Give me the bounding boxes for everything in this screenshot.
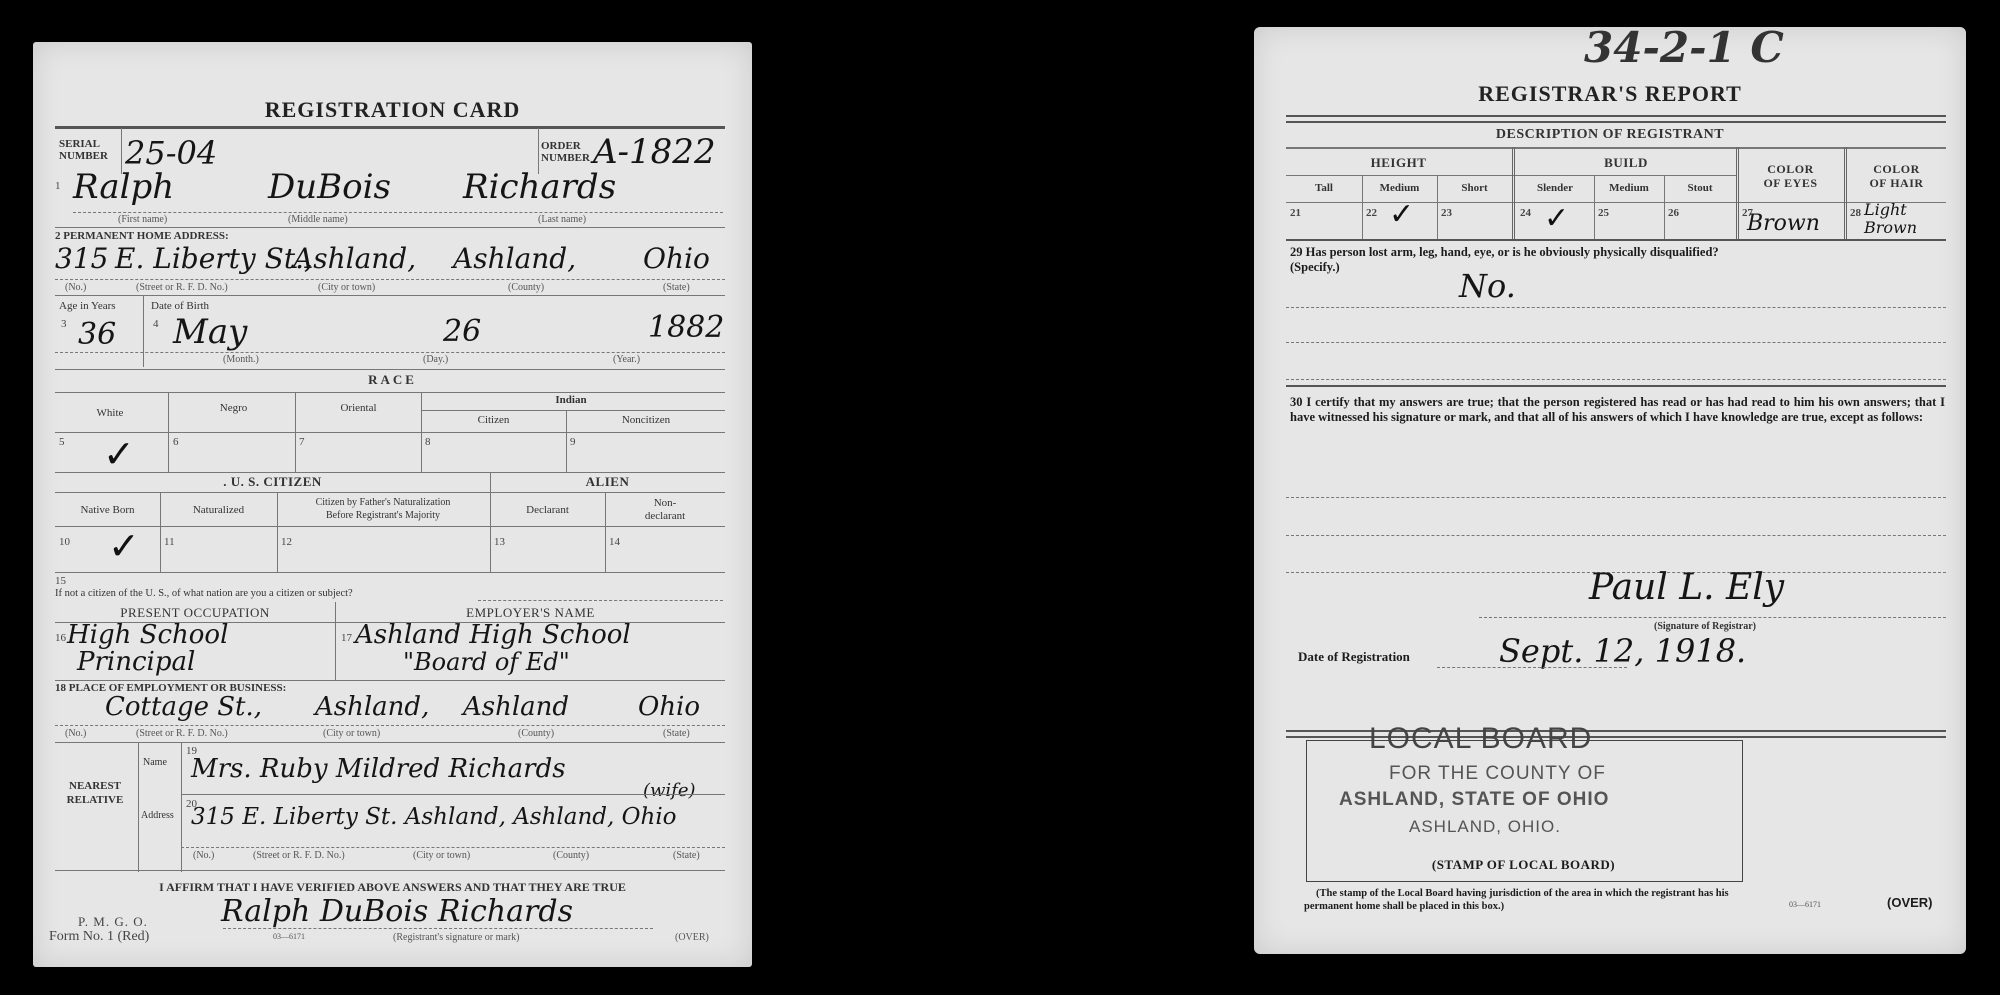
dob-year: 1882 xyxy=(648,310,724,345)
dotted-line xyxy=(1286,342,1946,343)
divider xyxy=(55,492,725,493)
caption: (No.) xyxy=(65,282,86,293)
caption: (County) xyxy=(553,850,589,861)
question-29-specify: (Specify.) xyxy=(1290,260,1340,275)
us-citizen-title: . U. S. CITIZEN xyxy=(55,474,490,490)
divider xyxy=(1286,202,1946,203)
divider xyxy=(55,526,725,527)
naturalized-label: Naturalized xyxy=(161,504,276,516)
caption: (City or town) xyxy=(318,282,375,293)
stamp-caption: (STAMP OF LOCAL BOARD) xyxy=(1306,857,1741,873)
nondeclarant-label: Non- xyxy=(605,497,725,509)
height-short-label: Short xyxy=(1437,182,1512,194)
divider xyxy=(1512,147,1515,239)
field-number: 23 xyxy=(1441,207,1452,219)
native-born-checkmark: ✓ xyxy=(108,524,140,568)
hair-title-2: OF HAIR xyxy=(1844,176,1949,191)
last-name: Richards xyxy=(463,167,616,207)
relative-address-label: Address xyxy=(141,810,174,821)
divider xyxy=(138,742,139,872)
field-number: 5 xyxy=(59,436,65,448)
field-number: 28 xyxy=(1850,207,1861,219)
height-tall-label: Tall xyxy=(1286,182,1362,194)
race-white-label: White xyxy=(55,407,165,419)
field-number: 11 xyxy=(164,536,175,548)
field-number: 4 xyxy=(153,318,159,330)
fathers-naturalization-label: Citizen by Father's Naturalization xyxy=(278,497,488,508)
dotted-line xyxy=(1286,497,1946,498)
home-address-label: 2 PERMANENT HOME ADDRESS: xyxy=(55,230,229,242)
dotted-line xyxy=(1286,535,1946,536)
divider xyxy=(295,392,296,472)
build-slender-checkmark: ✓ xyxy=(1544,201,1569,236)
field-number: 8 xyxy=(425,436,431,448)
caption: (Street or R. F. D. No.) xyxy=(253,850,345,861)
native-born-label: Native Born xyxy=(55,504,160,516)
divider xyxy=(55,392,725,393)
divider xyxy=(1844,147,1847,239)
registrars-report-back: 34-2-1 C REGISTRAR'S REPORT DESCRIPTION … xyxy=(1254,27,1966,954)
registrar-signature-caption: (Signature of Registrar) xyxy=(1654,621,1756,632)
question-29: 29 Has person lost arm, leg, hand, eye, … xyxy=(1290,245,1950,260)
race-oriental-label: Oriental xyxy=(296,402,421,414)
relative-address: 315 E. Liberty St. Ashland, Ashland, Ohi… xyxy=(191,804,677,830)
divider xyxy=(1736,147,1739,239)
divider xyxy=(55,742,725,743)
divider xyxy=(1286,147,1946,149)
dob-label: Date of Birth xyxy=(151,300,209,312)
registration-card-front: REGISTRATION CARD SERIAL NUMBER 25-04 OR… xyxy=(33,42,752,967)
field-number: 10 xyxy=(59,536,70,548)
occupation-line-1: High School xyxy=(67,620,228,650)
divider xyxy=(1286,385,1946,387)
divider xyxy=(181,742,182,872)
caption: (County) xyxy=(508,282,544,293)
build-medium-label: Medium xyxy=(1594,182,1664,194)
divider xyxy=(277,492,278,572)
description-title: DESCRIPTION OF REGISTRANT xyxy=(1254,127,1966,143)
caption: (Day.) xyxy=(423,354,448,365)
dotted-line xyxy=(55,725,725,726)
field-number: 13 xyxy=(494,536,505,548)
field-number: 26 xyxy=(1668,207,1679,219)
report-title: REGISTRAR'S REPORT xyxy=(1254,81,1966,107)
height-title: HEIGHT xyxy=(1286,155,1511,171)
dotted-line xyxy=(1479,617,1946,618)
place-state: Ohio xyxy=(638,692,700,722)
file-number: 34-2-1 C xyxy=(1584,23,1784,72)
nationality-question: If not a citizen of the U. S., of what n… xyxy=(55,588,353,599)
divider xyxy=(605,492,606,572)
divider xyxy=(490,472,491,572)
dotted-line xyxy=(223,928,653,929)
divider xyxy=(1594,175,1595,239)
divider xyxy=(566,410,567,472)
employer-line-1: Ashland High School xyxy=(355,620,631,650)
divider xyxy=(1286,115,1946,117)
employer-line-2: "Board of Ed" xyxy=(403,648,570,676)
serial-label: SERIAL NUMBER xyxy=(59,138,117,162)
stamp-line-1: LOCAL BOARD xyxy=(1369,722,1592,756)
divider xyxy=(1437,175,1438,239)
divider xyxy=(55,126,725,129)
employer-label: EMPLOYER'S NAME xyxy=(338,605,723,621)
relative-name-label: Name xyxy=(143,757,167,768)
caption: (City or town) xyxy=(323,728,380,739)
caption: (No.) xyxy=(65,728,86,739)
height-medium-label: Medium xyxy=(1362,182,1437,194)
middle-name: DuBois xyxy=(268,167,391,207)
divider xyxy=(421,392,422,472)
divider xyxy=(55,432,725,433)
caption: (State) xyxy=(663,728,690,739)
hair-color-value: Light Brown xyxy=(1864,201,1959,237)
place-city: Ashland, xyxy=(315,692,429,722)
address-city: Ashland, xyxy=(293,242,416,275)
divider xyxy=(55,472,725,473)
divider xyxy=(335,602,336,680)
affirmation-text: I AFFIRM THAT I HAVE VERIFIED ABOVE ANSW… xyxy=(33,880,752,895)
address-county: Ashland, xyxy=(453,242,576,275)
pmgo-label: P. M. G. O. xyxy=(78,914,148,930)
field-number: 9 xyxy=(570,436,576,448)
address-state: Ohio xyxy=(643,242,710,275)
caption: (State) xyxy=(673,850,700,861)
height-medium-checkmark: ✓ xyxy=(1389,197,1414,232)
order-value: A-1822 xyxy=(593,132,716,172)
caption: (County) xyxy=(518,728,554,739)
dotted-line xyxy=(55,279,725,280)
divider xyxy=(1286,239,1946,241)
field-number: 22 xyxy=(1366,207,1377,219)
dob-month: May xyxy=(173,312,247,352)
divider xyxy=(55,870,725,871)
caption: (City or town) xyxy=(413,850,470,861)
stamp-line-3: ASHLAND, STATE OF OHIO xyxy=(1339,789,1609,811)
dotted-line xyxy=(55,352,725,353)
occupation-line-2: Principal xyxy=(77,647,195,677)
occupation-label: PRESENT OCCUPATION xyxy=(55,605,335,621)
caption: (Year.) xyxy=(613,354,640,365)
caption: (No.) xyxy=(193,850,214,861)
date-of-registration-label: Date of Registration xyxy=(1298,649,1410,665)
eyes-title: COLOR xyxy=(1738,162,1843,177)
form-code: 03—6171 xyxy=(1789,900,1821,909)
build-slender-label: Slender xyxy=(1516,182,1594,194)
dotted-line xyxy=(478,600,723,601)
first-name-caption: (First name) xyxy=(118,214,167,225)
field-number: 16 xyxy=(55,632,66,644)
nondeclarant-label-2: declarant xyxy=(605,510,725,522)
signature-caption: (Registrant's signature or mark) xyxy=(393,932,520,943)
field-number: 6 xyxy=(173,436,179,448)
field-number: 3 xyxy=(61,318,67,330)
nearest-relative-label: NEAREST xyxy=(55,780,135,792)
divider xyxy=(1362,175,1363,239)
relative-relation: (wife) xyxy=(643,780,696,801)
first-name: Ralph xyxy=(73,167,174,207)
form-code: 03—6171 xyxy=(273,932,305,941)
field-number: 14 xyxy=(609,536,620,548)
race-indian-citizen-label: Citizen xyxy=(421,414,566,426)
nearest-relative-label-2: RELATIVE xyxy=(55,794,135,806)
order-label: ORDER NUMBER xyxy=(541,140,591,164)
race-title: RACE xyxy=(33,372,752,388)
dotted-line xyxy=(1437,667,1627,668)
divider xyxy=(181,794,725,795)
question-30: 30 I certify that my answers are true; t… xyxy=(1290,395,1945,425)
stamp-line-2: FOR THE COUNTY OF xyxy=(1389,763,1606,785)
caption: (Street or R. F. D. No.) xyxy=(136,728,228,739)
age-value: 36 xyxy=(78,317,116,352)
divider xyxy=(1664,175,1665,239)
declarant-label: Declarant xyxy=(490,504,605,516)
divider xyxy=(143,295,144,367)
hair-title: COLOR xyxy=(1844,162,1949,177)
build-stout-label: Stout xyxy=(1664,182,1736,194)
field-number: 24 xyxy=(1520,207,1531,219)
middle-name-caption: (Middle name) xyxy=(288,214,348,225)
dotted-line xyxy=(181,847,725,848)
race-indian-noncitizen-label: Noncitizen xyxy=(566,414,726,426)
stamp-note: (The stamp of the Local Board having jur… xyxy=(1304,887,1744,913)
divider xyxy=(1286,121,1946,123)
divider xyxy=(55,369,725,370)
divider xyxy=(55,295,725,296)
eye-color-value: Brown xyxy=(1747,211,1820,236)
divider xyxy=(55,227,725,228)
field-number: 1 xyxy=(55,180,61,192)
field-number: 25 xyxy=(1598,207,1609,219)
address-street: E. Liberty St., xyxy=(115,242,313,275)
divider xyxy=(421,410,725,411)
relative-name: Mrs. Ruby Mildred Richards xyxy=(191,754,566,784)
place-street: Cottage St., xyxy=(105,692,262,722)
eyes-title-2: OF EYES xyxy=(1738,176,1843,191)
divider xyxy=(55,572,725,573)
race-white-checkmark: ✓ xyxy=(103,432,135,476)
over-label: (OVER) xyxy=(1887,895,1933,910)
card-title: REGISTRATION CARD xyxy=(33,97,752,123)
field-number: 17 xyxy=(341,632,352,644)
last-name-caption: (Last name) xyxy=(538,214,586,225)
registrar-signature: Paul L. Ely xyxy=(1589,567,1784,608)
place-county: Ashland xyxy=(463,692,569,722)
field-number: 12 xyxy=(281,536,292,548)
caption: (Street or R. F. D. No.) xyxy=(136,282,228,293)
divider xyxy=(1286,175,1736,176)
registrant-signature: Ralph DuBois Richards xyxy=(221,894,573,929)
date-of-registration-value: Sept. 12, 1918. xyxy=(1499,632,1746,670)
divider xyxy=(160,492,161,572)
field-number: 21 xyxy=(1290,207,1301,219)
dotted-line xyxy=(1286,379,1946,380)
field-number: 7 xyxy=(299,436,305,448)
dob-day: 26 xyxy=(443,314,481,349)
race-indian-label: Indian xyxy=(421,394,721,406)
dotted-line xyxy=(73,212,723,213)
field-number: 15 xyxy=(55,575,66,587)
age-label: Age in Years xyxy=(59,300,116,312)
address-number: 315 xyxy=(55,242,108,275)
caption: (State) xyxy=(663,282,690,293)
divider xyxy=(168,392,169,472)
question-29-answer: No. xyxy=(1459,267,1516,305)
caption: (Month.) xyxy=(223,354,259,365)
dotted-line xyxy=(1286,307,1946,308)
race-negro-label: Negro xyxy=(171,402,296,414)
divider xyxy=(55,680,725,681)
alien-title: ALIEN xyxy=(490,474,725,490)
stamp-line-4: ASHLAND, OHIO. xyxy=(1409,817,1561,837)
build-title: BUILD xyxy=(1516,155,1736,171)
fathers-naturalization-label-2: Before Registrant's Majority xyxy=(278,510,488,521)
form-number: Form No. 1 (Red) xyxy=(49,929,149,945)
over-label: (OVER) xyxy=(675,932,709,943)
